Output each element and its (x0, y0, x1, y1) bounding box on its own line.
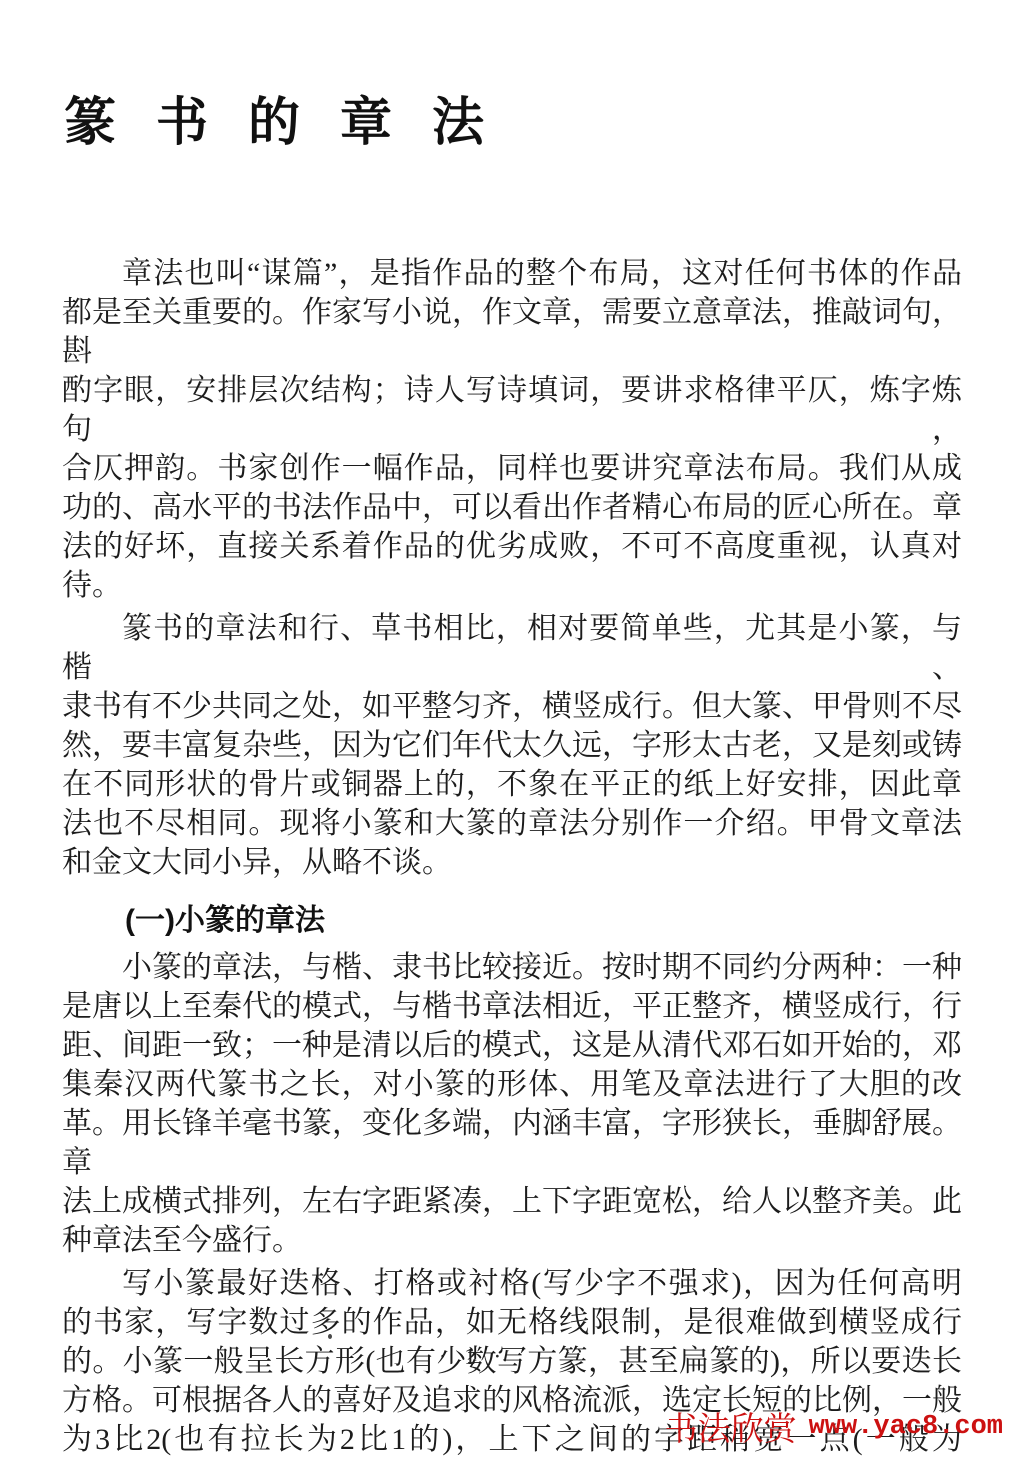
watermark: 书法欣赏 www.yac8.com (665, 1403, 1003, 1450)
text-line: 法上成横式排列，左右字距紧凑，上下字距宽松，给人以整齐美。此 (62, 1182, 962, 1221)
text-line: 酌字眼，安排层次结构；诗人写诗填词，要讲求格律平仄，炼字炼句， (62, 371, 962, 449)
watermark-site-url: www.yac8.com (809, 1412, 1003, 1442)
text-line: 种章法至今盛行。 (62, 1221, 962, 1260)
section-heading: (一)小篆的章法 (62, 901, 962, 940)
text-line: 法的好坏，直接关系着作品的优劣成败，不可不高度重视，认真对 (62, 527, 962, 566)
page-body: 章法也叫“谋篇”，是指作品的整个布局，这对任何书体的作品 都是至关重要的。作家写… (62, 254, 962, 1459)
text-line: 写小篆最好迭格、打格或衬格(写少字不强求)，因为任何高明 (62, 1264, 962, 1303)
text-line: 小篆的章法，与楷、隶书比较接近。按时期不同约分两种：一种 (62, 948, 962, 987)
text-line: 的书家，写字数过多的作品，如无格线限制，是很难做到横竖成行 (62, 1303, 962, 1342)
text-line: 在不同形状的骨片或铜器上的，不象在平正的纸上好安排，因此章 (62, 765, 962, 804)
scan-speck (328, 1334, 332, 1339)
text-line: 和金文大同小异，从略不谈。 (62, 843, 962, 882)
paragraph-2: 篆书的章法和行、草书相比，相对要简单些，尤其是小篆，与楷、 隶书有不少共同之处，… (62, 609, 962, 882)
text-line: 距、间距一致；一种是清以后的模式，这是从清代邓石如开始的，邓 (62, 1026, 962, 1065)
page-number: · 1 · (0, 1344, 946, 1370)
scanned-book-page: 篆书的章法 章法也叫“谋篇”，是指作品的整个布局，这对任何书体的作品 都是至关重… (0, 0, 1021, 1460)
page-title: 篆书的章法 (64, 94, 524, 154)
text-line: 都是至关重要的。作家写小说，作文章，需要立意章法，推敲词句，斟 (62, 293, 962, 371)
text-line: 隶书有不少共同之处，如平整匀齐，横竖成行。但大篆、甲骨则不尽 (62, 687, 962, 726)
text-line: 是唐以上至秦代的模式，与楷书章法相近，平正整齐，横竖成行，行 (62, 987, 962, 1026)
paragraph-1: 章法也叫“谋篇”，是指作品的整个布局，这对任何书体的作品 都是至关重要的。作家写… (62, 254, 962, 605)
text-line: 然，要丰富复杂些，因为它们年代太久远，字形太古老，又是刻或铸 (62, 726, 962, 765)
paragraph-3: 小篆的章法，与楷、隶书比较接近。按时期不同约分两种：一种 是唐以上至秦代的模式，… (62, 948, 962, 1260)
text-line: 待。 (62, 566, 962, 605)
text-line: 集秦汉两代篆书之长，对小篆的形体、用笔及章法进行了大胆的改 (62, 1065, 962, 1104)
text-line: 章法也叫“谋篇”，是指作品的整个布局，这对任何书体的作品 (62, 254, 962, 293)
text-line: 篆书的章法和行、草书相比，相对要简单些，尤其是小篆，与楷、 (62, 609, 962, 687)
text-line: 合仄押韵。书家创作一幅作品，同样也要讲究章法布局。我们从成 (62, 449, 962, 488)
text-line: 法也不尽相同。现将小篆和大篆的章法分别作一介绍。甲骨文章法 (62, 804, 962, 843)
text-line: 功的、高水平的书法作品中，可以看出作者精心布局的匠心所在。章 (62, 488, 962, 527)
watermark-site-name: 书法欣赏 (665, 1403, 797, 1450)
text-line: 革。用长锋羊毫书篆，变化多端，内涵丰富，字形狭长，垂脚舒展。章 (62, 1104, 962, 1182)
